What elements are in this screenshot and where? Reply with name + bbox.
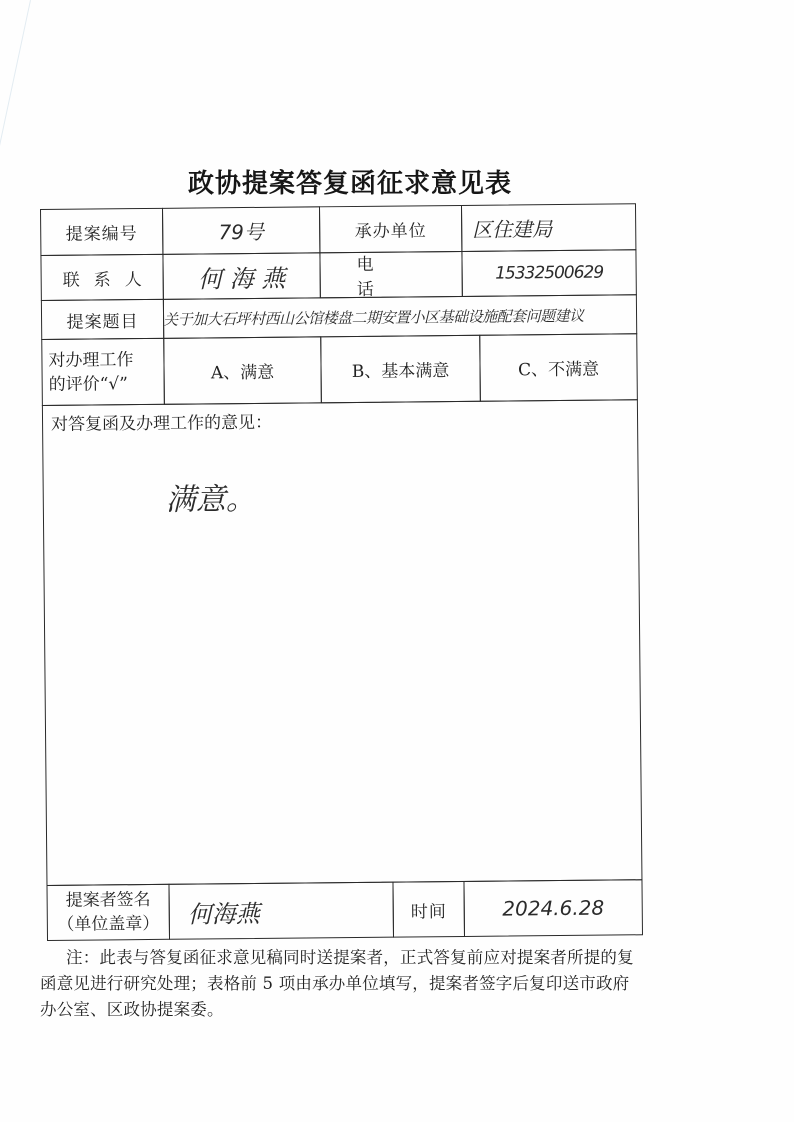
footnote: 注：此表与答复函征求意见稿同时送提案者，正式答复前应对提案者所提的复函意见进行研… bbox=[40, 945, 640, 1023]
proposal-number-label: 提案编号 bbox=[40, 208, 163, 256]
phone-value: 15332500629 bbox=[461, 249, 636, 297]
document-page: 政协提案答复函征求意见表 提案编号 79号 承办单位 区住建局 联系人 何 海 … bbox=[0, 0, 794, 1122]
scan-fold-line bbox=[0, 0, 31, 157]
phone-label: 电话 bbox=[319, 251, 462, 298]
time-label: 时间 bbox=[392, 881, 465, 938]
proposal-topic-label: 提案题目 bbox=[41, 299, 164, 340]
evaluation-label-line2: 的评价“√” bbox=[49, 372, 128, 397]
opinion-value: 满意。 bbox=[166, 474, 256, 519]
evaluation-label: 对办理工作 的评价“√” bbox=[41, 338, 165, 406]
opinion-cell: 对答复函及办理工作的意见： 满意。 bbox=[42, 399, 643, 886]
feedback-form-table: 提案编号 79号 承办单位 区住建局 联系人 何 海 燕 电话 15332500… bbox=[40, 203, 643, 941]
handling-unit-label: 承办单位 bbox=[319, 205, 462, 253]
evaluation-option-satisfied[interactable]: A、满意 bbox=[163, 336, 322, 405]
proposal-topic-value: 关于加大石坪村西山公馆楼盘二期安置小区基础设施配套问题建议 bbox=[163, 293, 763, 339]
page-title: 政协提案答复函征求意见表 bbox=[160, 163, 540, 200]
opinion-label: 对答复函及办理工作的意见： bbox=[51, 408, 272, 435]
time-value: 2024.6.28 bbox=[463, 879, 643, 937]
evaluation-option-unsatisfied[interactable]: C、不满意 bbox=[479, 333, 638, 402]
proposal-number-value: 79号 bbox=[162, 206, 320, 255]
evaluation-label-line1: 对办理工作 bbox=[48, 348, 133, 373]
signature-label-line2: （单位盖章） bbox=[57, 912, 159, 937]
contact-person-label: 联系人 bbox=[40, 254, 163, 301]
signature-label: 提案者签名 （单位盖章） bbox=[46, 884, 170, 941]
signature-value: 何海燕 bbox=[168, 882, 394, 940]
handling-unit-value: 区住建局 bbox=[461, 203, 636, 252]
signature-label-line1: 提案者签名 bbox=[66, 888, 151, 913]
evaluation-option-basically-satisfied[interactable]: B、基本满意 bbox=[320, 335, 481, 404]
contact-person-value: 何 海 燕 bbox=[162, 252, 320, 300]
